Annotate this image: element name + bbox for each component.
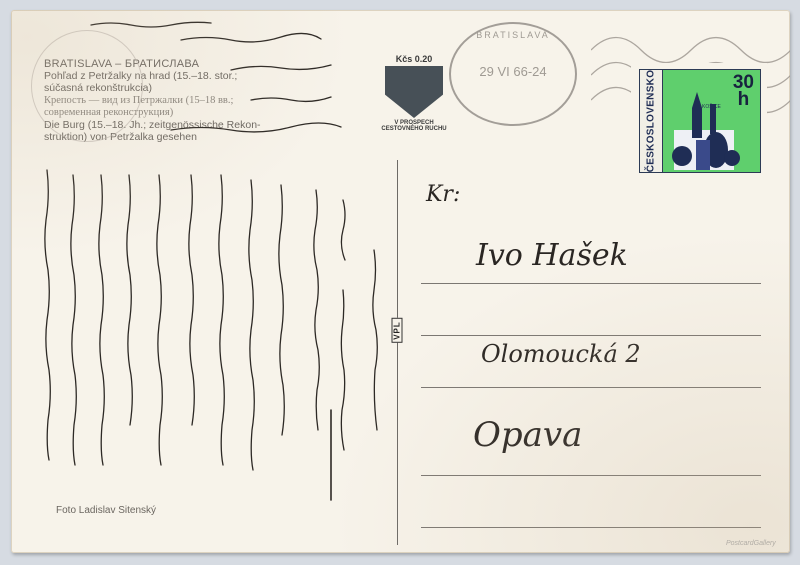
postcard: BRATISLAVA – БРАТИСЛАВА Pohľad z Petržal… <box>11 10 790 553</box>
recipient-street: Olomoucká 2 <box>481 340 641 368</box>
mountain-shield-icon <box>385 66 443 118</box>
recipient-name: Ivo Hašek <box>476 238 628 273</box>
stamp-country-strip: ČESKOSLOVENSKO <box>640 70 663 172</box>
address-line-2 <box>421 335 761 336</box>
handwriting-strokes <box>31 160 391 550</box>
center-divider <box>397 160 398 545</box>
publisher-mark: VPL <box>392 318 403 343</box>
tax-stamp-value: Kčs 0.20 <box>379 54 449 64</box>
photo-credit: Foto Ladislav Sitenský <box>56 505 156 516</box>
handwritten-message <box>31 160 391 550</box>
top-handwriting <box>31 10 381 160</box>
address-line-3 <box>421 387 761 388</box>
recipient-city: Opava <box>473 415 582 455</box>
postmark-date: 29 VI 66-24 <box>451 64 575 79</box>
postmark: BRATISLAVA 29 VI 66-24 <box>449 22 577 126</box>
address-line-1 <box>421 283 761 284</box>
address-line-5 <box>421 527 761 528</box>
tax-stamp: Kčs 0.20 V PROSPECH CESTOVNÉHO RUCHU <box>379 54 449 132</box>
watermark: PostcardGallery <box>726 540 776 547</box>
address-prefix: Kr: <box>426 182 460 207</box>
tax-stamp-text: V PROSPECH CESTOVNÉHO RUCHU <box>379 120 449 132</box>
stamp-design: ČESKOSLOVENSKO 30 h KOŠICE <box>639 69 761 173</box>
postage-stamp: ČESKOSLOVENSKO 30 h KOŠICE <box>631 63 767 177</box>
address-line-4 <box>421 475 761 476</box>
castle-icon <box>664 90 744 170</box>
stamp-country: ČESKOSLOVENSKO <box>646 70 657 173</box>
postmark-city: BRATISLAVA <box>451 30 575 40</box>
